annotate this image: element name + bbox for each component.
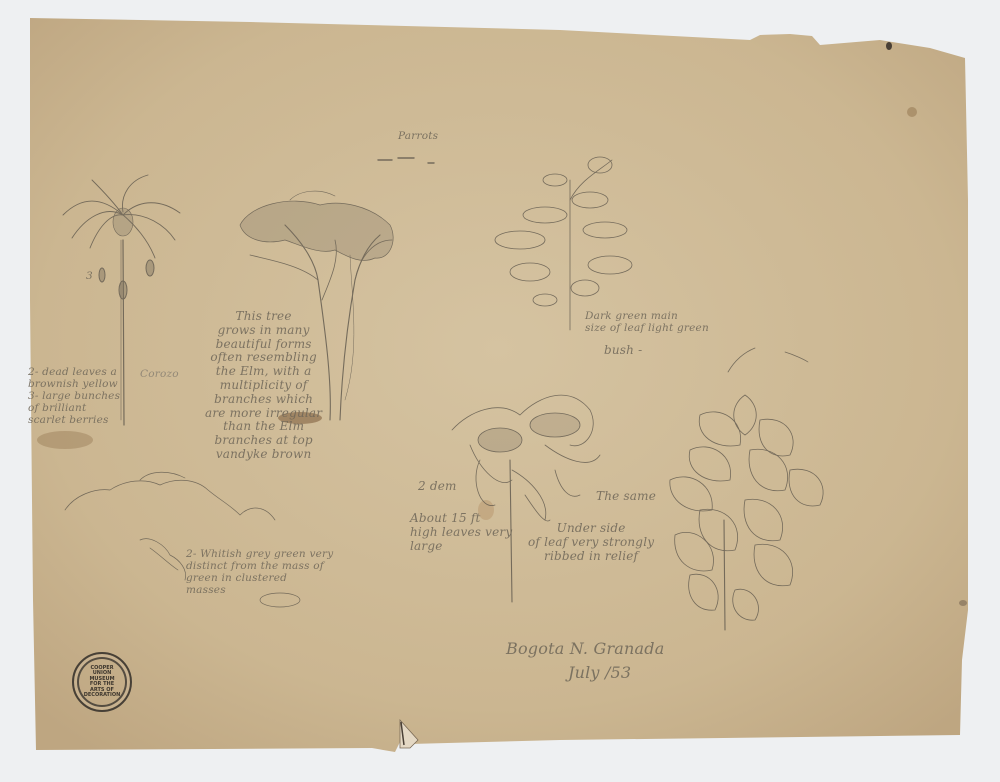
palm-notes: 2- dead leaves a brownish yellow 3- larg…	[28, 366, 120, 426]
the-same-label: The same	[596, 490, 656, 504]
parrots-label: Parrots	[398, 130, 438, 142]
artwork-stage: Parrots 3 2- dead leaves a brownish yell…	[0, 0, 1000, 782]
plant-notes: About 15 ft high leaves very large	[410, 512, 512, 553]
location-label: Bogota N. Granada	[506, 640, 664, 658]
bush-notes: Dark green main size of leaf light green	[585, 310, 709, 334]
palm-name: Corozo	[140, 368, 179, 380]
underside-notes: Under side of leaf very strongly ribbed …	[528, 522, 654, 563]
paper-sheet	[30, 18, 968, 752]
sketch-paper	[0, 0, 1000, 782]
tree-notes: This tree grows in many beautiful forms …	[205, 310, 322, 462]
palm-number: 3	[86, 270, 93, 282]
date-label: July /53	[568, 664, 631, 682]
plant-number: 2 dem	[418, 480, 457, 494]
stamp-line: DECORATION	[84, 693, 121, 699]
foliage-notes: 2- Whitish grey green very distinct from…	[186, 548, 333, 596]
museum-stamp: COOPER UNION MUSEUM FOR THE ARTS OF DECO…	[72, 652, 132, 712]
bush-label: bush -	[604, 344, 642, 358]
